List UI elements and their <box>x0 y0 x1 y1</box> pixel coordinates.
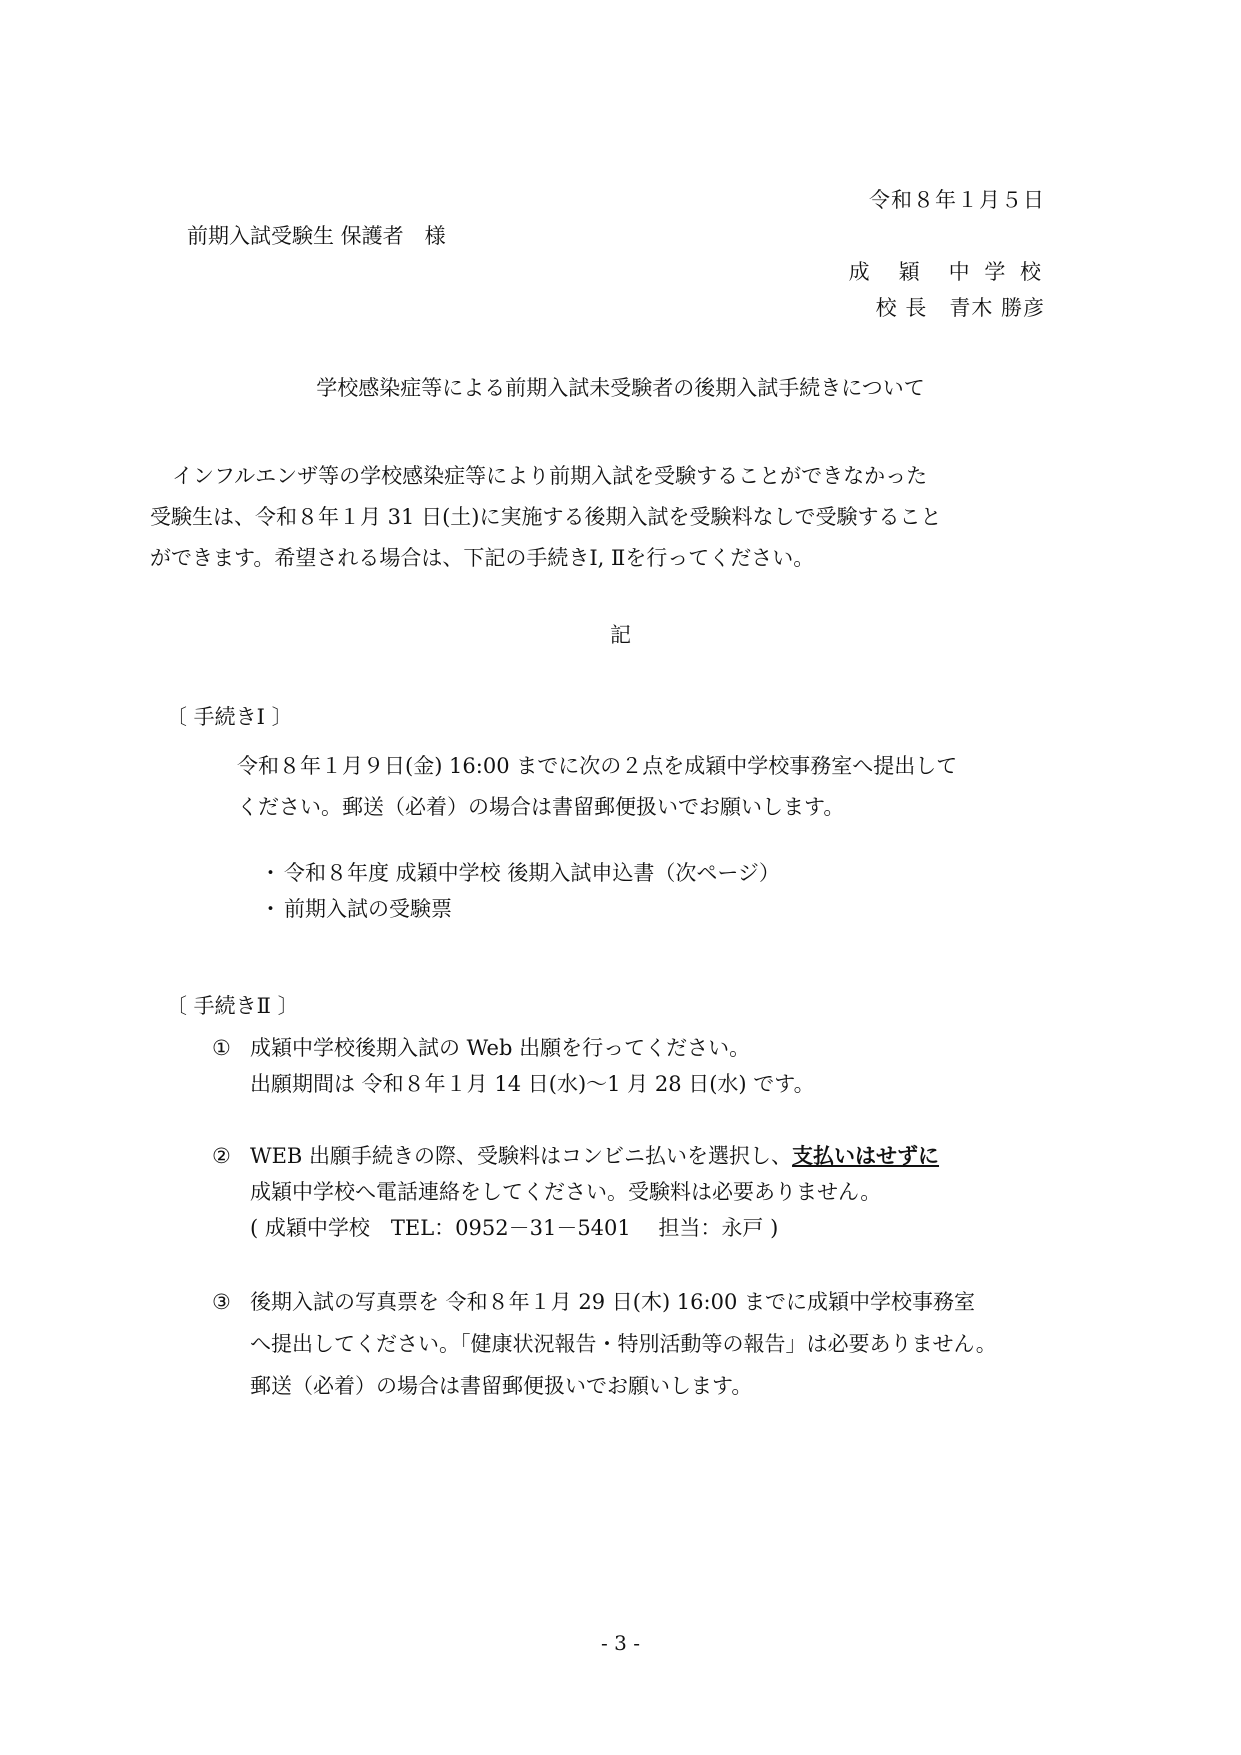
step-row: ①成穎中学校後期入試の Web 出願を行ってください。 <box>212 1030 815 1066</box>
intro-line: 受験生は、令和８年１月 31 日(土)に実施する後期入試を受験料なしで受験するこ… <box>150 497 1110 538</box>
procedure-2-step-1: ①成穎中学校後期入試の Web 出願を行ってください。 出願期間は 令和８年１月… <box>212 1030 815 1102</box>
school-name: 成 穎 中 学 校 <box>849 262 1045 283</box>
step-number: ① <box>212 1030 250 1066</box>
step-text: 後期入試の写真票を 令和８年１月 29 日(木) 16:00 までに成穎中学校事… <box>250 1290 975 1314</box>
procedure-2-heading: 〔 手続きⅡ 〕 <box>166 996 299 1017</box>
intro-line: ができます。希望される場合は、下記の手続きⅠ, Ⅱを行ってください。 <box>150 538 1110 579</box>
procedure-1-line: 令和８年１月９日(金) 16:00 までに次の２点を成穎中学校事務室へ提出して <box>237 746 957 787</box>
step-continuation: 出願期間は 令和８年１月 14 日(水)～1 月 28 日(水) です。 <box>212 1066 815 1102</box>
document-title: 学校感染症等による前期入試未受験者の後期入試手続きについて <box>0 378 1241 399</box>
document-date: 令和８年１月５日 <box>869 190 1045 211</box>
procedure-1-heading: 〔 手続きⅠ 〕 <box>166 707 293 728</box>
page-number: - 3 - <box>0 1633 1241 1653</box>
emphasis-text: 支払いはせずに <box>792 1143 939 1168</box>
step-continuation: へ提出してください。「健康状況報告・特別活動等の報告」は必要ありません。 <box>212 1323 997 1365</box>
list-item: ・令和８年度 成穎中学校 後期入試申込書（次ページ） <box>260 855 780 891</box>
required-documents-list: ・令和８年度 成穎中学校 後期入試申込書（次ページ） ・前期入試の受験票 <box>260 855 780 927</box>
bullet-icon: ・ <box>260 891 284 927</box>
step-number: ② <box>212 1138 250 1174</box>
step-text: 成穎中学校後期入試の Web 出願を行ってください。 <box>250 1036 750 1060</box>
list-item-text: 令和８年度 成穎中学校 後期入試申込書（次ページ） <box>284 861 780 885</box>
step-text: WEB 出願手続きの際、受験料はコンビニ払いを選択し、 <box>250 1144 792 1168</box>
step-continuation: 郵送（必着）の場合は書留郵便扱いでお願いします。 <box>212 1365 997 1407</box>
procedure-1-body: 令和８年１月９日(金) 16:00 までに次の２点を成穎中学校事務室へ提出して … <box>237 746 957 828</box>
intro-paragraph: インフルエンザ等の学校感染症等により前期入試を受験することができなかった 受験生… <box>150 456 1110 579</box>
principal-name: 校 長 青木 勝彦 <box>876 298 1045 319</box>
step-continuation: 成穎中学校へ電話連絡をしてください。受験料は必要ありません。 <box>212 1174 939 1210</box>
list-item-text: 前期入試の受験票 <box>284 897 452 921</box>
contact-info: ( 成穎中学校 TEL：0952－31－5401 担当：永戸 ) <box>212 1210 939 1246</box>
step-number: ③ <box>212 1281 250 1323</box>
addressee: 前期入試受験生 保護者 様 <box>187 226 446 247</box>
intro-line: インフルエンザ等の学校感染症等により前期入試を受験することができなかった <box>150 456 1110 497</box>
step-row: ③後期入試の写真票を 令和８年１月 29 日(木) 16:00 までに成穎中学校… <box>212 1281 997 1323</box>
list-item: ・前期入試の受験票 <box>260 891 780 927</box>
step-row: ②WEB 出願手続きの際、受験料はコンビニ払いを選択し、支払いはせずに <box>212 1138 939 1174</box>
ki-heading: 記 <box>0 625 1241 646</box>
document-title-text: 学校感染症等による前期入試未受験者の後期入試手続きについて <box>316 378 925 399</box>
procedure-1-line: ください。郵送（必着）の場合は書留郵便扱いでお願いします。 <box>237 787 957 828</box>
procedure-2-step-3: ③後期入試の写真票を 令和８年１月 29 日(木) 16:00 までに成穎中学校… <box>212 1281 997 1407</box>
procedure-2-step-2: ②WEB 出願手続きの際、受験料はコンビニ払いを選択し、支払いはせずに 成穎中学… <box>212 1138 939 1246</box>
bullet-icon: ・ <box>260 855 284 891</box>
